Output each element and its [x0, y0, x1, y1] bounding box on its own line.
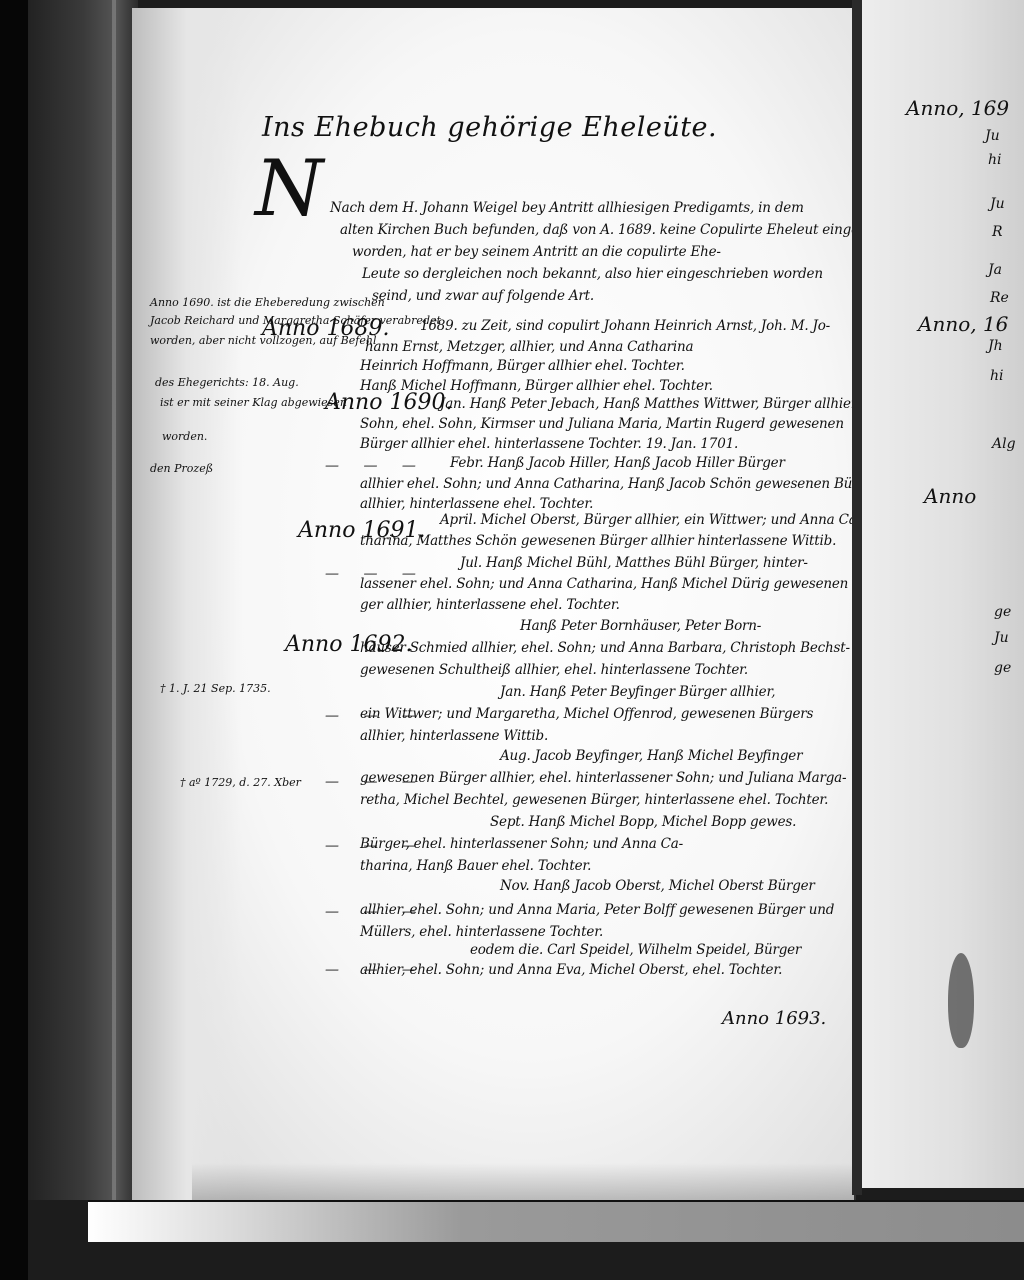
entry-line: Jul. Hanß Michel Bühl, Matthes Bühl Bürg… [460, 555, 808, 571]
torn-page-edge [132, 8, 242, 1203]
entry-line: Bürger allhier ehel. hinterlassene Tocht… [360, 436, 738, 452]
right-fragment: Ja [988, 262, 1002, 278]
right-fragment: Alg [992, 436, 1016, 452]
entry-line: Sept. Hanß Michel Bopp, Michel Bopp gewe… [490, 814, 796, 830]
margin-note: worden. [162, 430, 207, 443]
margin-note: Anno 1690. ist die Eheberedung zwischen [150, 296, 385, 309]
right-fragment: ge [994, 604, 1011, 620]
right-fragment: Re [990, 290, 1009, 306]
entry-line: Jan. Hanß Peter Beyfinger Bürger allhier… [500, 684, 775, 700]
margin-note: den Prozeß [150, 462, 213, 475]
margin-note: ist er mit seiner Klag abgewiesen [160, 396, 347, 409]
entry-line: gewesenen Schultheiß allhier, ehel. hint… [360, 662, 748, 678]
entry-line: hann Ernst, Metzger, allhier, und Anna C… [365, 339, 693, 355]
entry-line: Hanß Peter Bornhäuser, Peter Born- [520, 618, 761, 634]
right-fragment: Ju [990, 196, 1005, 212]
entry-line: Nov. Hanß Jacob Oberst, Michel Oberst Bü… [500, 878, 815, 894]
entry-line: eodem die. Carl Speidel, Wilhelm Speidel… [470, 942, 801, 958]
margin-note-death-date: † 1. J. 21 Sep. 1735. [160, 682, 271, 695]
right-year-marker: Anno [924, 484, 976, 508]
year-marker-1690: Anno 1690. [325, 390, 452, 415]
book-binding [28, 0, 138, 1200]
entry-line: gewesenen Bürger allhier, ehel. hinterla… [360, 770, 846, 786]
entry-line: allhier, ehel. Sohn; und Anna Maria, Pet… [360, 902, 834, 918]
entry-line: Aug. Jacob Beyfinger, Hanß Michel Beyfin… [500, 748, 802, 764]
intro-line: seind, und zwar auf folgende Art. [372, 288, 594, 304]
water-stain [192, 1163, 854, 1203]
ink-stain [948, 953, 974, 1048]
entry-line: retha, Michel Bechtel, gewesenen Bürger,… [360, 792, 828, 808]
entry-line: Febr. Hanß Jacob Hiller, Hanß Jacob Hill… [450, 455, 785, 471]
intro-line: alten Kirchen Buch befunden, daß von A. … [340, 222, 924, 238]
entry-line: Bürger, ehel. hinterlassener Sohn; und A… [360, 836, 683, 852]
right-fragment: R [992, 224, 1003, 240]
entry-line: lassener ehel. Sohn; und Anna Catharina,… [360, 576, 881, 592]
margin-note-death-date: † aº 1729, d. 27. Xber [180, 776, 301, 789]
binding-edge-dark [0, 0, 28, 1280]
entry-line: tharina, Hanß Bauer ehel. Tochter. [360, 858, 591, 874]
entry-line: Müllers, ehel. hinterlassene Tochter. [360, 924, 603, 940]
margin-note: des Ehegerichts: 18. Aug. [155, 376, 299, 389]
right-fragment: Ju [985, 128, 1000, 144]
entry-line: allhier, ehel. Sohn; und Anna Eva, Miche… [360, 962, 782, 978]
entry-line: häuser Schmied allhier, ehel. Sohn; und … [360, 640, 850, 656]
entry-line: 1689. zu Zeit, sind copulirt Johann Hein… [420, 318, 830, 334]
intro-line: worden, hat er bey seinem Antritt an die… [352, 244, 721, 260]
entry-line: Heinrich Hoffmann, Bürger allhier ehel. … [360, 358, 685, 374]
page-heading: Ins Ehebuch gehörige Eheleüte. [262, 112, 717, 143]
year-marker-1689: Anno 1689. [262, 316, 389, 341]
ditto-dash: — — — [325, 458, 426, 474]
intro-line: Leute so dergleichen noch bekannt, also … [362, 266, 823, 282]
right-fragment: ge [994, 660, 1011, 676]
entry-line: allhier ehel. Sohn; und Anna Catharina, … [360, 476, 881, 492]
entry-line: tharina, Matthes Schön gewesenen Bürger … [360, 533, 836, 549]
right-fragment: hi [990, 368, 1004, 384]
right-fragment: Jh [988, 338, 1003, 354]
page-bottom-edge [88, 1200, 1024, 1242]
entry-line: ger allhier, hinterlassene ehel. Tochter… [360, 597, 620, 613]
right-fragment: Ju [994, 630, 1009, 646]
decorative-initial: N [255, 150, 323, 228]
entry-line: Jan. Hanß Peter Jebach, Hanß Matthes Wit… [440, 396, 857, 412]
entry-line: allhier, hinterlassene Wittib. [360, 728, 548, 744]
right-fragment: hi [988, 152, 1002, 168]
intro-line: Nach dem H. Johann Weigel bey Antritt al… [330, 200, 804, 216]
right-year-marker: Anno, 16 [918, 312, 1008, 336]
footer-year-catchword: Anno 1693. [722, 1008, 826, 1029]
page-gutter [852, 0, 862, 1195]
entry-line: allhier, hinterlassene ehel. Tochter. [360, 496, 593, 512]
entry-line: ein Wittwer; und Margaretha, Michel Offe… [360, 706, 813, 722]
right-year-marker: Anno, 169 [906, 96, 1009, 120]
right-page [862, 0, 1024, 1188]
entry-line: April. Michel Oberst, Bürger allhier, ei… [440, 512, 861, 528]
binding-highlight [112, 0, 116, 1200]
entry-line: Sohn, ehel. Sohn, Kirmser und Juliana Ma… [360, 416, 844, 432]
